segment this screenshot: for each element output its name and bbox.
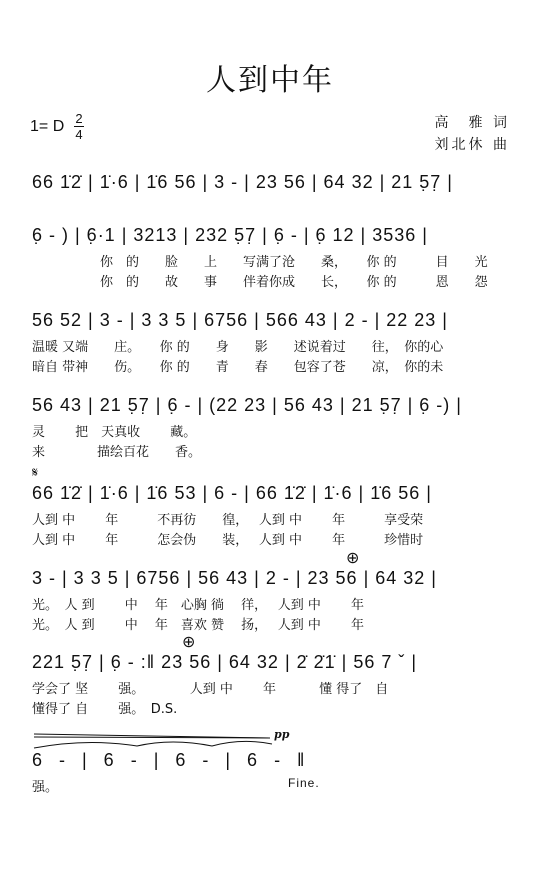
lyrics-verse-2: 懂得了 自 强。 D.S. xyxy=(32,698,177,717)
time-top: 2 xyxy=(74,112,84,125)
lyrics-verse-2: 暗自 带神 伤。 你 的 青 春 包容了苍 凉， 你的未 xyxy=(32,356,443,375)
coda-icon: ⊕ xyxy=(182,632,195,651)
decrescendo-hairpin xyxy=(32,730,292,752)
lyrics-verse-1: 灵 把 天真收 藏。 xyxy=(32,421,196,440)
lyrics-verse-1: 光。 人 到 中 年 心胸 徜 徉， 人到 中 年 xyxy=(32,594,364,613)
lyrics-verse-1: 强。 xyxy=(32,776,58,795)
notes-line: 3 - | 3 3 5 | 6756 | 56 43 | 2 - | 23 56… xyxy=(32,568,437,589)
notes-line: 6 - | 6 - | 6 - | 6 - ‖ xyxy=(32,750,311,771)
notes-line: 66 1̇2̇ | 1̇·6 | 1̇6 56 | 3 - | 23 56 | … xyxy=(32,172,453,193)
time-signature: 2 4 xyxy=(74,112,84,141)
lyrics-verse-2: 来 描绘百花 香。 xyxy=(32,441,201,460)
lyricist-credit: 高 雅 词 xyxy=(435,112,510,132)
notes-line: 66 1̇2̇ | 1̇·6 | 1̇6 53 | 6 - | 66 1̇2̇ … xyxy=(32,483,432,504)
coda-icon: ⊕ xyxy=(346,548,359,567)
song-title: 人到中年 xyxy=(0,55,540,99)
notes-line: 221 5̣7̣ | 6̣ - :‖ 23 56 | 64 32 | 2̇ 2̇… xyxy=(32,652,417,673)
lyrics-verse-2: 人到 中 年 怎会伪 装， 人到 中 年 珍惜时 xyxy=(32,529,423,548)
lyrics-verse-1: 学会了 坚 强。 人到 中 年 懂 得了 自 xyxy=(32,678,388,697)
lyrics-verse-1: 温暖 又端 庄。 你 的 身 影 述说着过 往， 你的心 xyxy=(32,336,443,355)
time-bottom: 4 xyxy=(74,128,84,141)
composer-credit: 刘北休 曲 xyxy=(435,134,510,154)
lyrics-verse-1: 人到 中 年 不再彷 徨， 人到 中 年 享受荣 xyxy=(32,509,423,528)
notes-line: 6̣ - ) | 6̣·1 | 3213 | 232 5̣7̣ | 6̣ - |… xyxy=(32,225,428,246)
lyrics-verse-2: 你 的 故 事 伴着你成 长， 你 的 恩 怨 xyxy=(100,271,488,290)
lyrics-verse-1: 你 的 脸 上 写满了沧 桑， 你 的 目 光 xyxy=(100,251,488,270)
segno-icon: 𝄋 xyxy=(32,465,38,481)
lyrics-verse-2: 光。 人 到 中 年 喜欢 赞 扬， 人到 中 年 xyxy=(32,614,364,633)
fine-marking: Fine. xyxy=(288,776,320,790)
pianissimo-marking: pp xyxy=(274,728,289,741)
notes-line: 56 43 | 21 5̣7̣ | 6̣ - | (22 23 | 56 43 … xyxy=(32,395,462,416)
key-signature: 1= D xyxy=(30,118,64,136)
notes-line: 56 52 | 3 - | 3 3 5 | 6756 | 566 43 | 2 … xyxy=(32,310,448,331)
